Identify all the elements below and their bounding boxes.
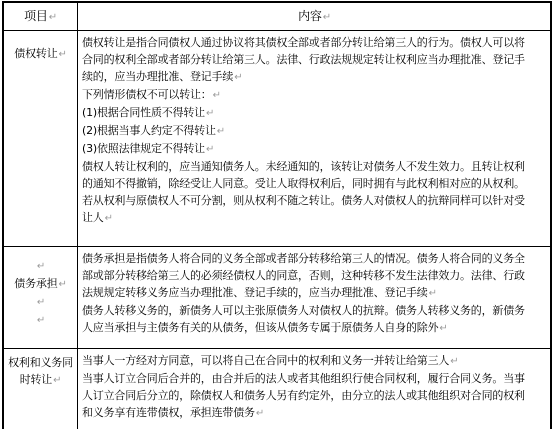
line-text: 若从权利与原债权人不可分割，则从权利不随之转让。债务人对债权人的抗辩同样可以针对… (82, 194, 525, 207)
line-text: 法规规定转移义务应当办理批准、登记手续的，应当办理批准、登记手续 (82, 286, 428, 299)
line-text: 合同的权利全部或者部分转让给第三人。法律、行政法规规定转让权利应当办理批准、登记… (82, 53, 525, 66)
text-line: (3)依照法律规定不得转让↵ (82, 140, 547, 158)
paragraph-mark-icon: ↵ (36, 261, 45, 272)
paragraph-mark-icon: ↵ (438, 323, 447, 334)
paragraph-mark-icon: ↵ (52, 375, 61, 386)
line-text: 当事人一方经对方同意，可以将自己在合同中的权利和义务一并转让给第三人 (82, 354, 449, 367)
line-text: (3)依照法律规定不得转让 (82, 142, 205, 155)
text-line: 当事人一方经对方同意，可以将自己在合同中的权利和义务一并转让给第三人↵ (82, 352, 547, 370)
paragraph-mark-icon: ↵ (233, 72, 242, 83)
paragraph-mark-icon: ↵ (36, 315, 45, 326)
text-line: 人应当承担与主债务有关的从债务，但该从债务专属于原债务人自身的除外↵ (82, 319, 547, 337)
text-line: 若从权利与原债权人不可分割，则从权利不随之转让。债务人对债权人的抗辩同样可以针对… (82, 192, 547, 209)
text-line: 债务承担↵ (6, 275, 75, 293)
paragraph-mark-icon: ↵ (255, 408, 264, 419)
paragraph-mark-icon: ↵ (322, 12, 331, 23)
text-line: 债务承担是指债务人将合同的义务全部或者部分转移给第三人的情况。债务人将合同的义务… (82, 250, 547, 267)
line-text: 人应当承担与主债务有关的从债务，但该从债务专属于原债务人自身的除外 (82, 321, 438, 334)
line-text: 部或部分转移给第三人的必须经债权人的同意，否则，这种转移不发生法律效力。法律、行… (82, 269, 525, 282)
text-line: 合同的权利全部或者部分转让给第三人。法律、行政法规规定转让权利应当办理批准、登记… (82, 51, 547, 68)
header-item-cell: 项目↵ (4, 3, 78, 30)
header-item-label: 项目 (24, 9, 48, 23)
text-line: 部或部分转移给第三人的必须经债权人的同意，否则，这种转移不发生法律效力。法律、行… (82, 267, 547, 284)
line-text: 权利和义务同 (8, 356, 73, 369)
table-row: ↵债务承担↵↵↵债务承担是指债务人将合同的义务全部或者部分转移给第三人的情况。债… (4, 246, 550, 348)
paragraph-mark-icon: ↵ (48, 12, 57, 23)
text-line: (2)根据当事人约定不得转让↵ (82, 122, 547, 140)
item-label-cell: ↵债务承担↵↵↵ (4, 247, 78, 348)
text-line: 债权人转让权利的，应当通知债务人。未经通知的，该转让对债务人不发生效力。且转让权… (82, 158, 547, 175)
line-text: (2)根据当事人约定不得转让 (82, 124, 216, 137)
paragraph-mark-icon: ↵ (216, 126, 225, 137)
line-text: 债权转让是指合同债权人通过协议将其债权全部或者部分转让给第三人的行为。债权人可以… (82, 36, 525, 49)
line-text: 债权人转让权利的，应当通知债务人。未经通知的，该转让对债务人不发生效力。且转让权… (82, 160, 525, 173)
text-line: 续的，应当办理批准、登记手续↵ (82, 68, 547, 86)
line-text: (1)根据合同性质不得转让 (82, 106, 205, 119)
line-text: 续的，应当办理批准、登记手续 (82, 70, 233, 83)
line-text: 时转让 (20, 373, 52, 386)
line-text: 债务承担是指债务人将合同的义务全部或者部分转移给第三人的情况。债务人将合同的义务… (82, 252, 525, 265)
text-line: 下列情形债权不可以转让：↵ (82, 86, 547, 104)
table-row: 债权转让↵债权转让是指合同债权人通过协议将其债权全部或者部分转让给第三人的行为。… (4, 30, 550, 246)
text-line: 时转让↵ (6, 371, 75, 389)
line-text: 债权转让 (14, 47, 57, 60)
table-row: 权利和义务同时转让↵当事人一方经对方同意，可以将自己在合同中的权利和义务一并转让… (4, 348, 550, 429)
paragraph-mark-icon: ↵ (428, 288, 437, 299)
text-line: 让人↵ (82, 209, 547, 227)
line-text: 人订立合同后分立的，除债权人和债务人另有约定外，由分立的法人或其他组织对合同的权… (82, 389, 525, 402)
content-cell: 当事人一方经对方同意，可以将自己在合同中的权利和义务一并转让给第三人↵当事人订立… (78, 349, 550, 429)
line-text: 让人 (82, 211, 104, 224)
text-line: ↵ (6, 311, 75, 329)
line-text: 债务承担 (14, 277, 57, 290)
table-header-row: 项目↵ 内容↵ (4, 3, 550, 30)
text-line: 的通知不得撤销，除经受让人同意。受让人取得权利后，同时拥有与此权利相对应的从权利… (82, 175, 547, 192)
text-line: ↵ (6, 257, 75, 275)
contract-transfer-table: 项目↵ 内容↵ 债权转让↵债权转让是指合同债权人通过协议将其债权全部或者部分转让… (2, 1, 552, 429)
text-line: 和义务享有连带债权，承担连带债务↵ (82, 404, 547, 422)
paragraph-mark-icon: ↵ (58, 49, 67, 60)
header-content-cell: 内容↵ (78, 3, 550, 30)
paragraph-mark-icon: ↵ (205, 144, 214, 155)
paragraph-mark-icon: ↵ (36, 297, 45, 308)
content-cell: 债务承担是指债务人将合同的义务全部或者部分转移给第三人的情况。债务人将合同的义务… (78, 247, 550, 348)
paragraph-mark-icon: ↵ (449, 356, 458, 367)
text-line: 法规规定转移义务应当办理批准、登记手续的，应当办理批准、登记手续↵ (82, 284, 547, 302)
header-content-label: 内容 (298, 9, 322, 23)
item-label-cell: 债权转让↵ (4, 31, 78, 246)
line-text: 的通知不得撤销，除经受让人同意。受让人取得权利后，同时拥有与此权利相对应的从权利… (82, 177, 525, 190)
line-text: 当事人订立合同后合并的，由合并后的法人或者其他组织行使合同权利，履行合同义务。当… (82, 372, 525, 385)
text-line: 人订立合同后分立的，除债权人和债务人另有约定外，由分立的法人或其他组织对合同的权… (82, 387, 547, 404)
text-line: 债权转让是指合同债权人通过协议将其债权全部或者部分转让给第三人的行为。债权人可以… (82, 34, 547, 51)
paragraph-mark-icon: ↵ (58, 279, 67, 290)
text-line: 权利和义务同 (6, 354, 75, 371)
text-line: 债务人转移义务的，新债务人可以主张原债务人对债权人的抗辩。债务人转移义务的，新债… (82, 302, 547, 319)
content-cell: 债权转让是指合同债权人通过协议将其债权全部或者部分转让给第三人的行为。债权人可以… (78, 31, 550, 246)
paragraph-mark-icon: ↵ (104, 213, 113, 224)
paragraph-mark-icon: ↵ (212, 90, 221, 101)
line-text: 和义务享有连带债权，承担连带债务 (82, 406, 255, 419)
text-line: ↵ (6, 293, 75, 311)
item-label-cell: 权利和义务同时转让↵ (4, 349, 78, 429)
text-line: (1)根据合同性质不得转让↵ (82, 104, 547, 122)
line-text: 债务人转移义务的，新债务人可以主张原债务人对债权人的抗辩。债务人转移义务的，新债… (82, 304, 525, 317)
line-text: 下列情形债权不可以转让： (82, 88, 212, 101)
text-line: 当事人订立合同后合并的，由合并后的法人或者其他组织行使合同权利，履行合同义务。当… (82, 370, 547, 387)
paragraph-mark-icon: ↵ (205, 108, 214, 119)
text-line: 债权转让↵ (6, 45, 75, 63)
